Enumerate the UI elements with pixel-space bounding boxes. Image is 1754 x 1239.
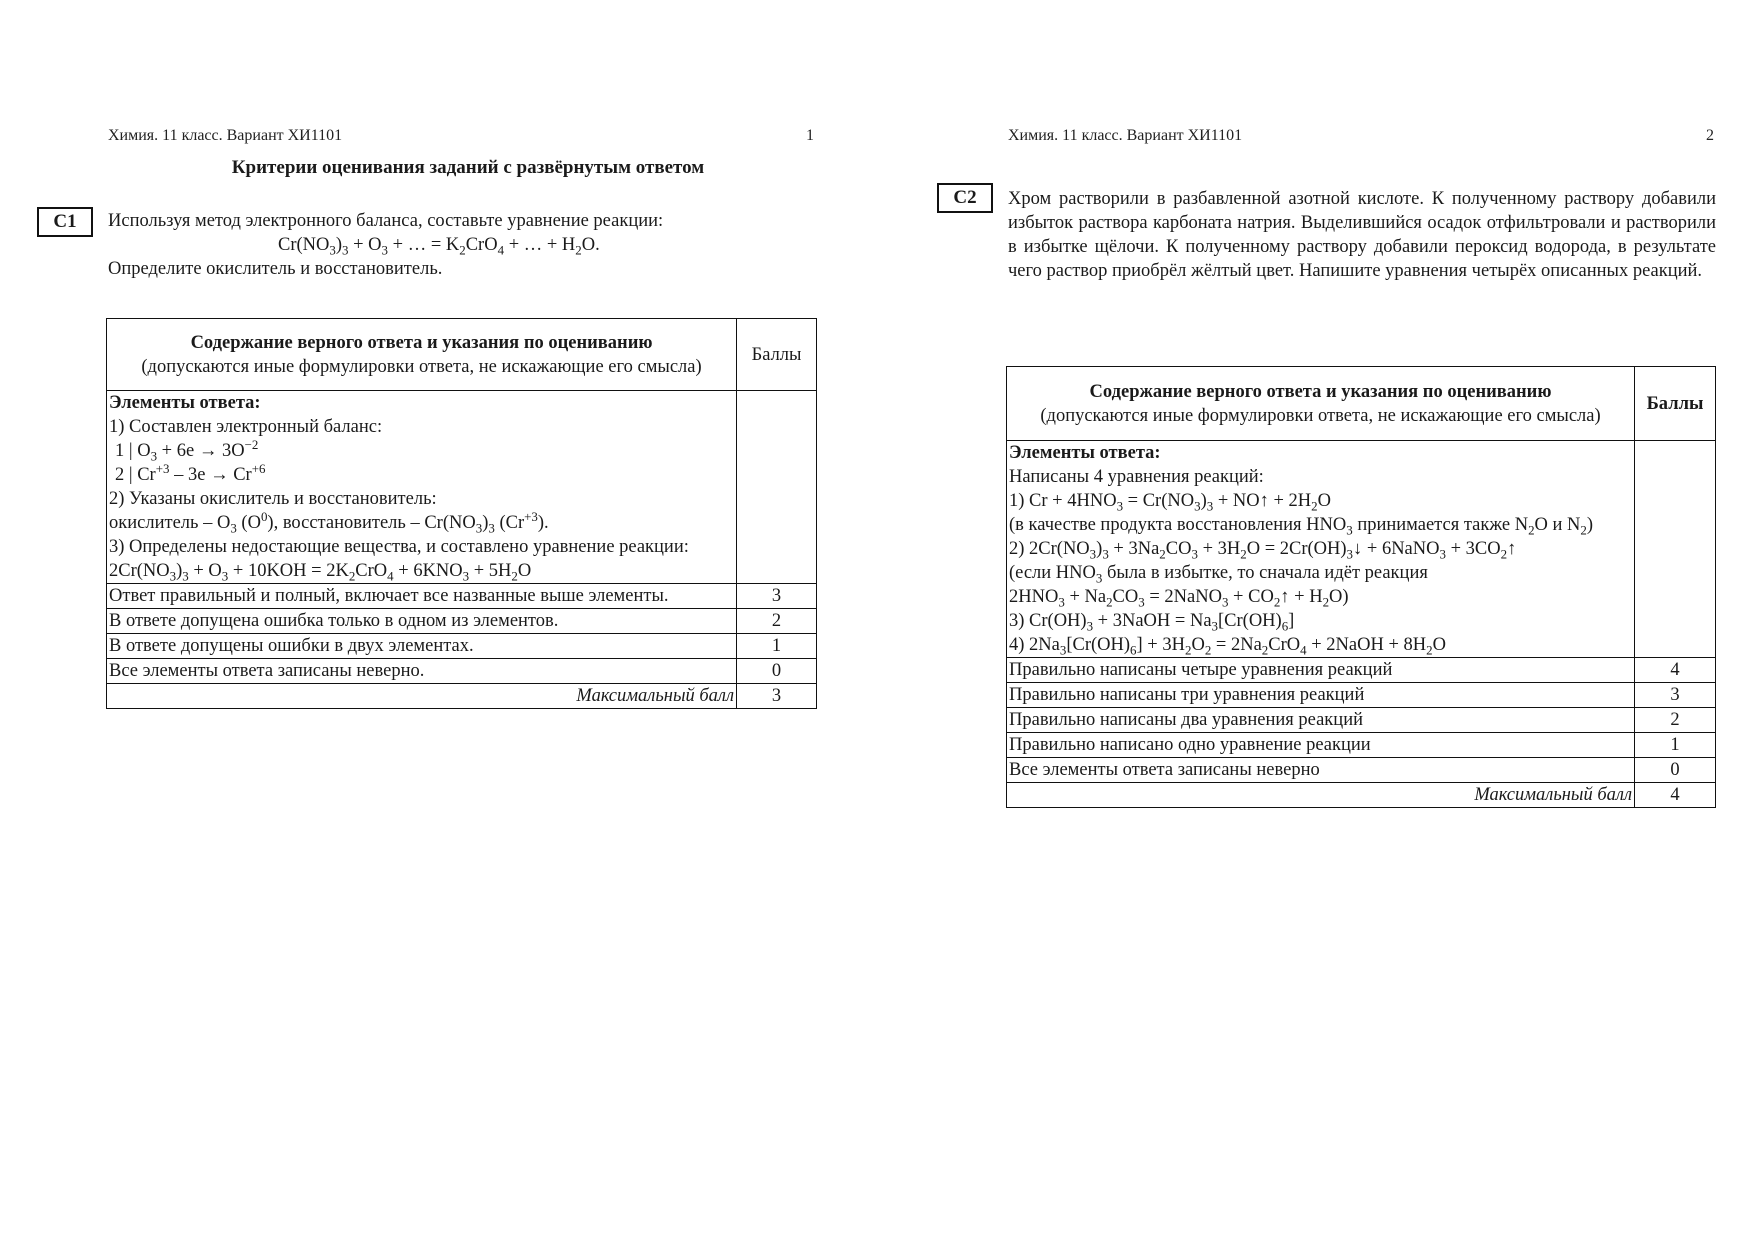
element-line: 4) 2Na3[Cr(OH)6] + 3H2O2 = 2Na2CrO4 + 2N… xyxy=(1009,633,1632,657)
header-bold: Содержание верного ответа и указания по … xyxy=(1009,380,1632,404)
max-score-row: Максимальный балл 4 xyxy=(1007,783,1716,808)
element-line: 1) Cr + 4HNO3 = Cr(NO3)3 + NO↑ + 2H2O xyxy=(1009,489,1632,513)
header-points: Баллы xyxy=(737,319,817,391)
header-content-cell: Содержание верного ответа и указания по … xyxy=(107,319,737,391)
points-cell: 3 xyxy=(1635,683,1716,708)
table-row: В ответе допущена ошибка только в одном … xyxy=(107,609,817,634)
element-line: 2) 2Cr(NO3)3 + 3Na2CO3 + 3H2O = 2Cr(OH)3… xyxy=(1009,537,1632,561)
points-cell: 4 xyxy=(1635,658,1716,683)
elements-row: Элементы ответа: Написаны 4 уравнения ре… xyxy=(1007,441,1716,658)
table-header-row: Содержание верного ответа и указания по … xyxy=(107,319,817,391)
elements-points-cell xyxy=(1635,441,1716,658)
element-line: 2) Указаны окислитель и восстановитель: xyxy=(109,487,734,511)
criterion-cell: Правильно написано одно уравнение реакци… xyxy=(1007,733,1635,758)
table-row: Ответ правильный и полный, включает все … xyxy=(107,584,817,609)
page1-header-left: Химия. 11 класс. Вариант ХИ1101 xyxy=(108,127,342,145)
header-note: (допускаются иные формулировки ответа, н… xyxy=(1009,404,1632,428)
criteria-table-c2: Содержание верного ответа и указания по … xyxy=(1006,366,1716,808)
table-row: Все элементы ответа записаны неверно. 0 xyxy=(107,659,817,684)
task-label-c2: С2 xyxy=(937,183,993,213)
criterion-cell: Правильно написаны три уравнения реакций xyxy=(1007,683,1635,708)
element-line: 1 | O3 + 6e → 3O−2 xyxy=(109,439,734,463)
element-line: 2HNO3 + Na2CO3 = 2NaNO3 + CO2↑ + H2O) xyxy=(1009,585,1632,609)
criterion-cell: В ответе допущена ошибка только в одном … xyxy=(107,609,737,634)
max-score-label: Максимальный балл xyxy=(1007,783,1635,808)
element-line: Написаны 4 уравнения реакций: xyxy=(1009,465,1632,489)
elements-points-cell xyxy=(737,391,817,584)
table-row: Правильно написаны два уравнения реакций… xyxy=(1007,708,1716,733)
page1-title: Критерии оценивания заданий с развёрнуты… xyxy=(108,157,828,179)
element-line: окислитель – O3 (O0), восстановитель – C… xyxy=(109,511,734,535)
max-score-value: 3 xyxy=(737,684,817,709)
criterion-cell: Все элементы ответа записаны неверно xyxy=(1007,758,1635,783)
elements-title: Элементы ответа: xyxy=(1009,441,1632,465)
table-header-row: Содержание верного ответа и указания по … xyxy=(1007,367,1716,441)
points-cell: 1 xyxy=(737,634,817,659)
task-label-c1: С1 xyxy=(37,207,93,237)
task-c1-prompt-line1: Используя метод электронного баланса, со… xyxy=(108,209,828,233)
element-line: (если HNO3 была в избытке, то сначала ид… xyxy=(1009,561,1632,585)
points-cell: 0 xyxy=(737,659,817,684)
elements-cell: Элементы ответа: Написаны 4 уравнения ре… xyxy=(1007,441,1635,658)
criterion-cell: Правильно написаны четыре уравнения реак… xyxy=(1007,658,1635,683)
page1-page-number: 1 xyxy=(806,127,814,145)
elements-title: Элементы ответа: xyxy=(109,391,734,415)
elements-row: Элементы ответа: 1) Составлен электронны… xyxy=(107,391,817,584)
task-c1-prompt-line3: Определите окислитель и восстановитель. xyxy=(108,257,828,281)
points-cell: 0 xyxy=(1635,758,1716,783)
criterion-cell: Правильно написаны два уравнения реакций xyxy=(1007,708,1635,733)
task-c1-prompt: Используя метод электронного баланса, со… xyxy=(108,209,828,281)
element-line: 3) Определены недостающие вещества, и со… xyxy=(109,535,734,559)
task-c2-prompt: Хром растворили в разбавленной азотной к… xyxy=(1008,187,1716,283)
elements-cell: Элементы ответа: 1) Составлен электронны… xyxy=(107,391,737,584)
header-points: Баллы xyxy=(1635,367,1716,441)
page2-page-number: 2 xyxy=(1706,127,1714,145)
element-line: 2Cr(NO3)3 + O3 + 10KOH = 2K2CrO4 + 6KNO3… xyxy=(109,559,734,583)
table-row: В ответе допущены ошибки в двух элемента… xyxy=(107,634,817,659)
table-row: Правильно написаны три уравнения реакций… xyxy=(1007,683,1716,708)
table-row: Все элементы ответа записаны неверно 0 xyxy=(1007,758,1716,783)
criterion-cell: В ответе допущены ошибки в двух элемента… xyxy=(107,634,737,659)
header-content-cell: Содержание верного ответа и указания по … xyxy=(1007,367,1635,441)
header-note: (допускаются иные формулировки ответа, н… xyxy=(109,355,734,379)
max-score-row: Максимальный балл 3 xyxy=(107,684,817,709)
criterion-cell: Все элементы ответа записаны неверно. xyxy=(107,659,737,684)
element-line: (в качестве продукта восстановления HNO3… xyxy=(1009,513,1632,537)
criterion-cell: Ответ правильный и полный, включает все … xyxy=(107,584,737,609)
points-cell: 3 xyxy=(737,584,817,609)
element-line: 3) Cr(OH)3 + 3NaOH = Na3[Cr(OH)6] xyxy=(1009,609,1632,633)
criteria-table-c1: Содержание верного ответа и указания по … xyxy=(106,318,817,709)
task-c1-equation: Cr(NO3)3 + O3 + … = K2CrO4 + … + H2O. xyxy=(108,233,828,257)
points-cell: 2 xyxy=(1635,708,1716,733)
element-line: 1) Составлен электронный баланс: xyxy=(109,415,734,439)
page2-header-left: Химия. 11 класс. Вариант ХИ1101 xyxy=(1008,127,1242,145)
header-bold: Содержание верного ответа и указания по … xyxy=(109,331,734,355)
max-score-label: Максимальный балл xyxy=(107,684,737,709)
max-score-value: 4 xyxy=(1635,783,1716,808)
points-cell: 2 xyxy=(737,609,817,634)
table-row: Правильно написаны четыре уравнения реак… xyxy=(1007,658,1716,683)
table-row: Правильно написано одно уравнение реакци… xyxy=(1007,733,1716,758)
element-line: 2 | Cr+3 – 3e → Cr+6 xyxy=(109,463,734,487)
points-cell: 1 xyxy=(1635,733,1716,758)
